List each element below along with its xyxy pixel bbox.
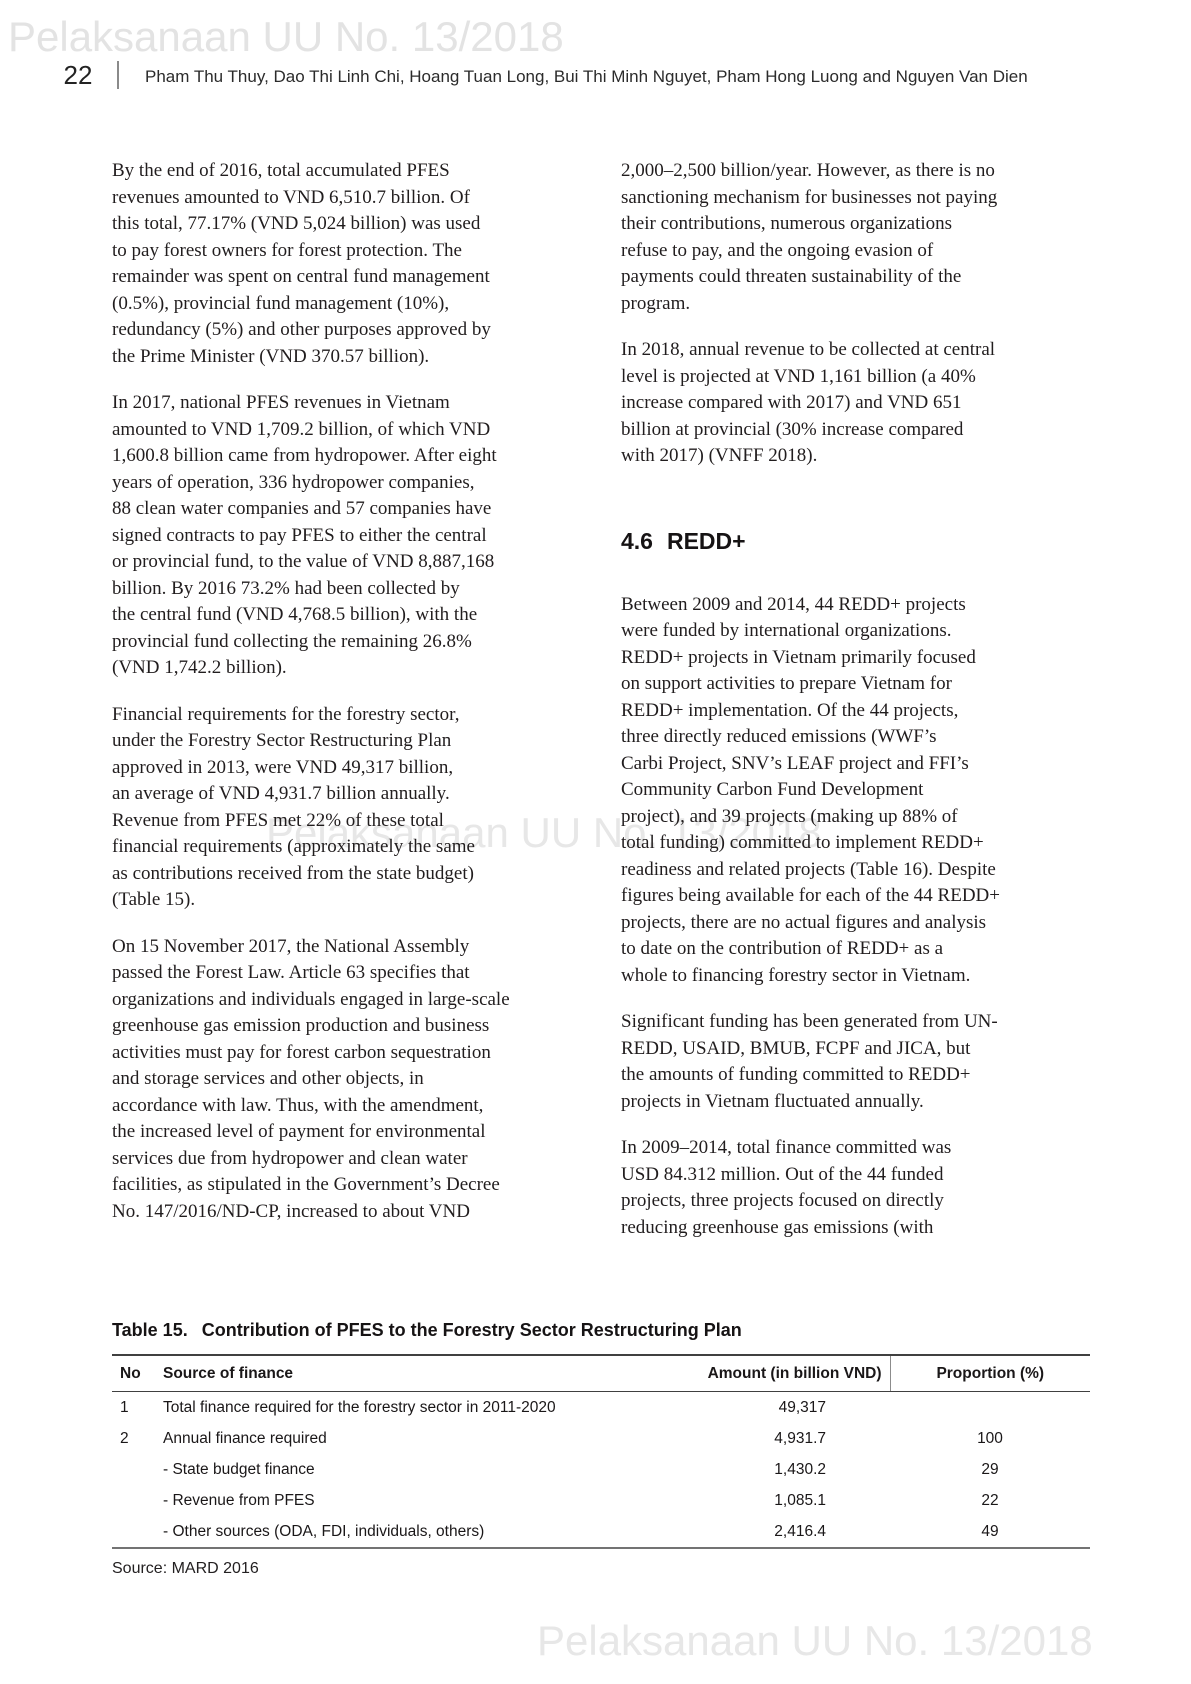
report-page: Pelaksanaan UU No. 13/2018 Pelaksanaan U… bbox=[0, 0, 1191, 1684]
table-row: - State budget finance 1,430.2 29 bbox=[112, 1454, 1090, 1485]
cell-source: - Other sources (ODA, FDI, individuals, … bbox=[160, 1516, 630, 1548]
cell-amount: 1,430.2 bbox=[630, 1454, 890, 1485]
table-title-text: Contribution of PFES to the Forestry Sec… bbox=[202, 1320, 742, 1340]
section-heading-redd: 4.6REDD+ bbox=[621, 526, 1095, 556]
page-number: 22 bbox=[58, 60, 98, 91]
column-header-no: No bbox=[112, 1355, 160, 1392]
watermark-bottom: Pelaksanaan UU No. 13/2018 bbox=[537, 1620, 1093, 1662]
cell-proportion: 49 bbox=[890, 1516, 1090, 1548]
cell-amount: 2,416.4 bbox=[630, 1516, 890, 1548]
paragraph: By the end of 2016, total accumulated PF… bbox=[112, 158, 586, 370]
cell-source: - Revenue from PFES bbox=[160, 1485, 630, 1516]
paragraph: Between 2009 and 2014, 44 REDD+ projects… bbox=[621, 592, 1095, 990]
section-title: REDD+ bbox=[667, 528, 746, 554]
cell-proportion bbox=[890, 1392, 1090, 1424]
cell-no bbox=[112, 1516, 160, 1548]
column-header-proportion: Proportion (%) bbox=[890, 1355, 1090, 1392]
authors-line: Pham Thu Thuy, Dao Thi Linh Chi, Hoang T… bbox=[145, 67, 1028, 87]
cell-no bbox=[112, 1454, 160, 1485]
cell-amount: 4,931.7 bbox=[630, 1423, 890, 1454]
cell-source: - State budget finance bbox=[160, 1454, 630, 1485]
header-divider bbox=[117, 61, 119, 89]
paragraph: On 15 November 2017, the National Assemb… bbox=[112, 934, 586, 1226]
watermark-top: Pelaksanaan UU No. 13/2018 bbox=[8, 16, 564, 58]
section-number: 4.6 bbox=[621, 528, 653, 554]
cell-source: Total finance required for the forestry … bbox=[160, 1392, 630, 1424]
cell-proportion: 100 bbox=[890, 1423, 1090, 1454]
cell-no bbox=[112, 1485, 160, 1516]
cell-no: 1 bbox=[112, 1392, 160, 1424]
paragraph: In 2017, national PFES revenues in Vietn… bbox=[112, 390, 586, 682]
paragraph: Significant funding has been generated f… bbox=[621, 1009, 1095, 1115]
table-header-row: No Source of finance Amount (in billion … bbox=[112, 1355, 1090, 1392]
table-source-note: Source: MARD 2016 bbox=[112, 1560, 1090, 1578]
table-row: - Other sources (ODA, FDI, individuals, … bbox=[112, 1516, 1090, 1548]
cell-proportion: 22 bbox=[890, 1485, 1090, 1516]
cell-amount: 49,317 bbox=[630, 1392, 890, 1424]
table-row: 1 Total finance required for the forestr… bbox=[112, 1392, 1090, 1424]
table-row: - Revenue from PFES 1,085.1 22 bbox=[112, 1485, 1090, 1516]
table-row: 2 Annual finance required 4,931.7 100 bbox=[112, 1423, 1090, 1454]
paragraph: In 2018, annual revenue to be collected … bbox=[621, 337, 1095, 470]
table-15-block: Table 15.Contribution of PFES to the For… bbox=[112, 1320, 1090, 1578]
right-column: 2,000–2,500 billion/year. However, as th… bbox=[621, 158, 1095, 1261]
column-header-source: Source of finance bbox=[160, 1355, 630, 1392]
cell-amount: 1,085.1 bbox=[630, 1485, 890, 1516]
paragraph: In 2009–2014, total finance committed wa… bbox=[621, 1135, 1095, 1241]
table-label: Table 15. bbox=[112, 1320, 188, 1340]
cell-source: Annual finance required bbox=[160, 1423, 630, 1454]
cell-no: 2 bbox=[112, 1423, 160, 1454]
table-15: No Source of finance Amount (in billion … bbox=[112, 1354, 1090, 1549]
column-header-amount: Amount (in billion VND) bbox=[630, 1355, 890, 1392]
table-title: Table 15.Contribution of PFES to the For… bbox=[112, 1320, 1090, 1341]
cell-proportion: 29 bbox=[890, 1454, 1090, 1485]
left-column: By the end of 2016, total accumulated PF… bbox=[112, 158, 586, 1245]
paragraph: 2,000–2,500 billion/year. However, as th… bbox=[621, 158, 1095, 317]
paragraph: Financial requirements for the forestry … bbox=[112, 702, 586, 914]
